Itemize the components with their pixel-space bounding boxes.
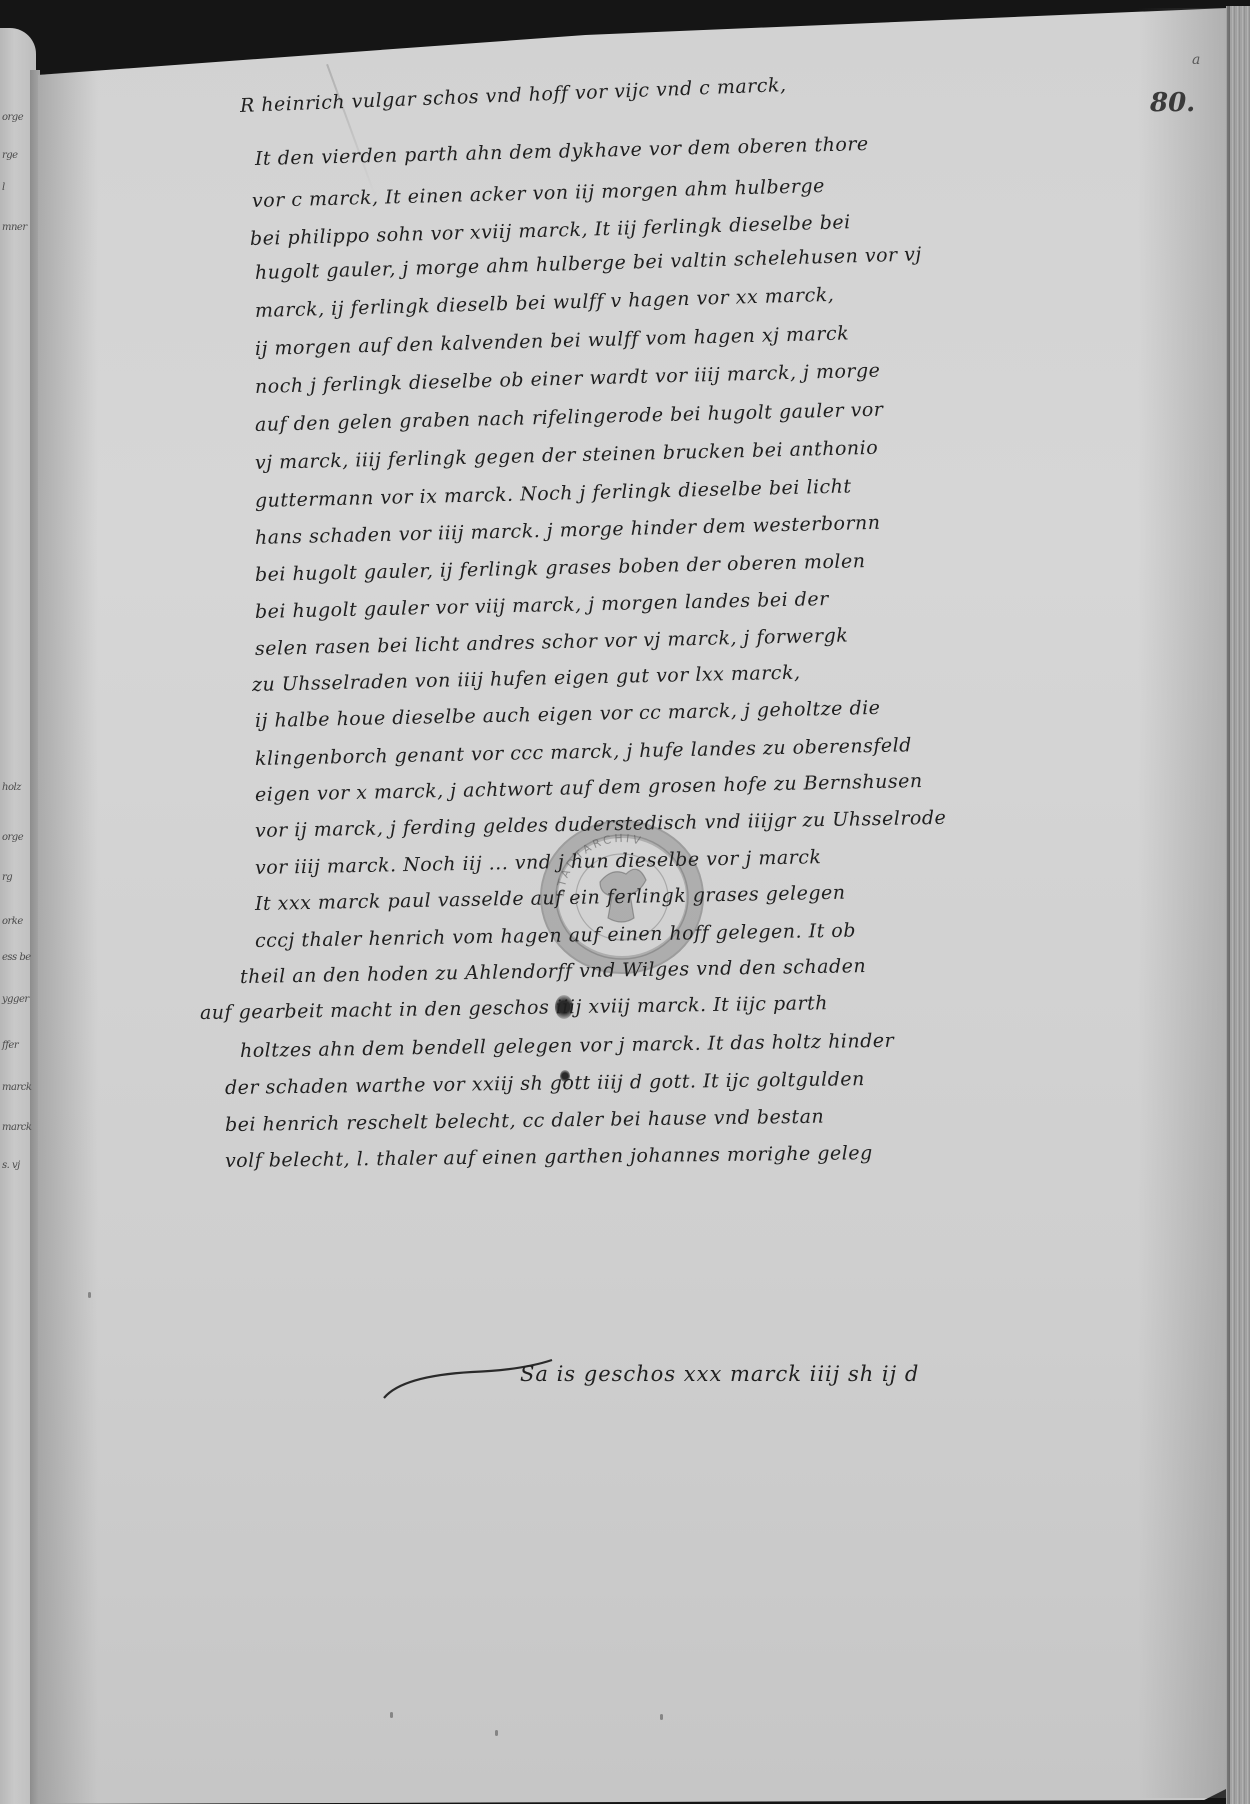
text-line: vor c marck, It einen acker von iij morg… bbox=[252, 175, 825, 212]
text-line: eigen vor x marck, j achtwort auf dem gr… bbox=[255, 770, 923, 806]
text-line: cccj thaler henrich vom hagen auf einen … bbox=[255, 920, 856, 952]
text-line: marck, ij ferlingk dieselb bei wulff v h… bbox=[255, 284, 835, 322]
manuscript-text: R heinrich vulgar schos vnd hoff vor vij… bbox=[0, 0, 1250, 1804]
text-line: R heinrich vulgar schos vnd hoff vor vij… bbox=[240, 74, 787, 117]
text-line: klingenborch genant vor ccc marck, j huf… bbox=[255, 734, 912, 770]
text-line: auf den gelen graben nach rifelingerode … bbox=[255, 399, 884, 436]
text-line: auf gearbeit macht in den geschos iiij x… bbox=[200, 992, 828, 1024]
text-line: zu Uhsselraden von iiij hufen eigen gut … bbox=[252, 662, 801, 696]
text-line: bei philippo sohn vor xviij marck, It ii… bbox=[250, 211, 851, 250]
text-line: ij halbe houe dieselbe auch eigen vor cc… bbox=[255, 697, 881, 732]
text-line: holtzes ahn dem bendell gelegen vor j ma… bbox=[240, 1030, 894, 1062]
text-line: bei hugolt gauler, ij ferlingk grases bo… bbox=[255, 550, 866, 586]
text-line: hans schaden vor iiij marck. j morge hin… bbox=[255, 512, 881, 549]
total-summary-line: Sa is geschos xxx marck iiij sh ij d bbox=[520, 1362, 919, 1386]
text-line: theil an den hoden zu Ahlendorff vnd Wil… bbox=[240, 955, 867, 988]
text-line: volf belecht, l. thaler auf einen garthe… bbox=[225, 1142, 873, 1172]
text-line: ij morgen auf den kalvenden bei wulff vo… bbox=[255, 322, 850, 360]
text-line: noch j ferlingk dieselbe ob einer wardt … bbox=[255, 360, 881, 398]
text-line: der schaden warthe vor xxiij sh gott iii… bbox=[225, 1068, 865, 1099]
manuscript-scan: orge rge l mner holz orge rg orke ess be… bbox=[0, 0, 1250, 1804]
text-line: vor iiij marck. Noch iij ... vnd j hun d… bbox=[255, 846, 822, 879]
text-line: bei hugolt gauler vor viij marck, j morg… bbox=[255, 588, 829, 623]
text-line: hugolt gauler, j morge ahm hulberge bei … bbox=[255, 243, 922, 284]
text-line: vor ij marck, j ferding geldes dudersted… bbox=[255, 807, 947, 842]
text-line: bei henrich reschelt belecht, cc daler b… bbox=[225, 1106, 824, 1136]
text-line: vj marck, iiij ferlingk gegen der steine… bbox=[255, 437, 879, 474]
text-line: It den vierden parth ahn dem dykhave vor… bbox=[255, 133, 869, 170]
text-line: It xxx marck paul vasselde auf ein ferli… bbox=[255, 882, 846, 915]
text-line: guttermann vor ix marck. Noch j ferlingk… bbox=[255, 475, 852, 512]
text-line: selen rasen bei licht andres schor vor v… bbox=[255, 625, 849, 660]
